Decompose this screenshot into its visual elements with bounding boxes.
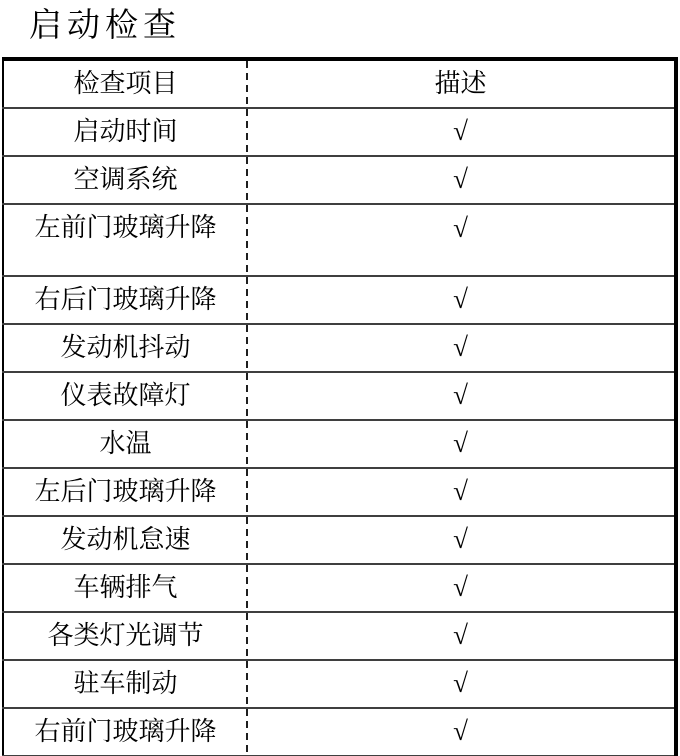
table-row: 启动时间√ (3, 108, 676, 156)
check-item-cell: 发动机抖动 (3, 324, 247, 372)
status-checkmark-cell: √ (247, 516, 676, 564)
check-item-cell: 右后门玻璃升降 (3, 276, 247, 324)
status-checkmark-cell: √ (247, 204, 676, 276)
check-item-cell: 空调系统 (3, 156, 247, 204)
document-page: 启动检查 检查项目 描述 启动时间√空调系统√左前门玻璃升降√右后门玻璃升降√发… (0, 0, 680, 756)
status-checkmark-cell: √ (247, 708, 676, 756)
status-checkmark-cell: √ (247, 564, 676, 612)
table-row: 发动机抖动√ (3, 324, 676, 372)
table-row: 左后门玻璃升降√ (3, 468, 676, 516)
check-item-cell: 启动时间 (3, 108, 247, 156)
check-item-cell: 仪表故障灯 (3, 372, 247, 420)
check-item-cell: 各类灯光调节 (3, 612, 247, 660)
check-item-cell: 驻车制动 (3, 660, 247, 708)
status-checkmark-cell: √ (247, 156, 676, 204)
table-row: 车辆排气√ (3, 564, 676, 612)
column-header-check-item: 检查项目 (3, 59, 247, 108)
table-row: 右前门玻璃升降√ (3, 708, 676, 756)
check-item-cell: 车辆排气 (3, 564, 247, 612)
check-item-cell: 右前门玻璃升降 (3, 708, 247, 756)
status-checkmark-cell: √ (247, 276, 676, 324)
table-row: 右后门玻璃升降√ (3, 276, 676, 324)
header-row: 检查项目 描述 (3, 59, 676, 108)
table-body: 启动时间√空调系统√左前门玻璃升降√右后门玻璃升降√发动机抖动√仪表故障灯√水温… (3, 108, 676, 756)
table-row: 空调系统√ (3, 156, 676, 204)
status-checkmark-cell: √ (247, 612, 676, 660)
startup-check-table: 检查项目 描述 启动时间√空调系统√左前门玻璃升降√右后门玻璃升降√发动机抖动√… (2, 57, 678, 756)
check-item-cell: 水温 (3, 420, 247, 468)
status-checkmark-cell: √ (247, 372, 676, 420)
table-row: 发动机怠速√ (3, 516, 676, 564)
table-row: 左前门玻璃升降√ (3, 204, 676, 276)
status-checkmark-cell: √ (247, 468, 676, 516)
page-title: 启动检查 (29, 4, 181, 48)
column-header-description: 描述 (247, 59, 676, 108)
status-checkmark-cell: √ (247, 324, 676, 372)
table-row: 驻车制动√ (3, 660, 676, 708)
table-row: 仪表故障灯√ (3, 372, 676, 420)
status-checkmark-cell: √ (247, 420, 676, 468)
status-checkmark-cell: √ (247, 660, 676, 708)
check-item-cell: 左前门玻璃升降 (3, 204, 247, 276)
check-item-cell: 发动机怠速 (3, 516, 247, 564)
table-row: 水温√ (3, 420, 676, 468)
status-checkmark-cell: √ (247, 108, 676, 156)
check-item-cell: 左后门玻璃升降 (3, 468, 247, 516)
table-row: 各类灯光调节√ (3, 612, 676, 660)
